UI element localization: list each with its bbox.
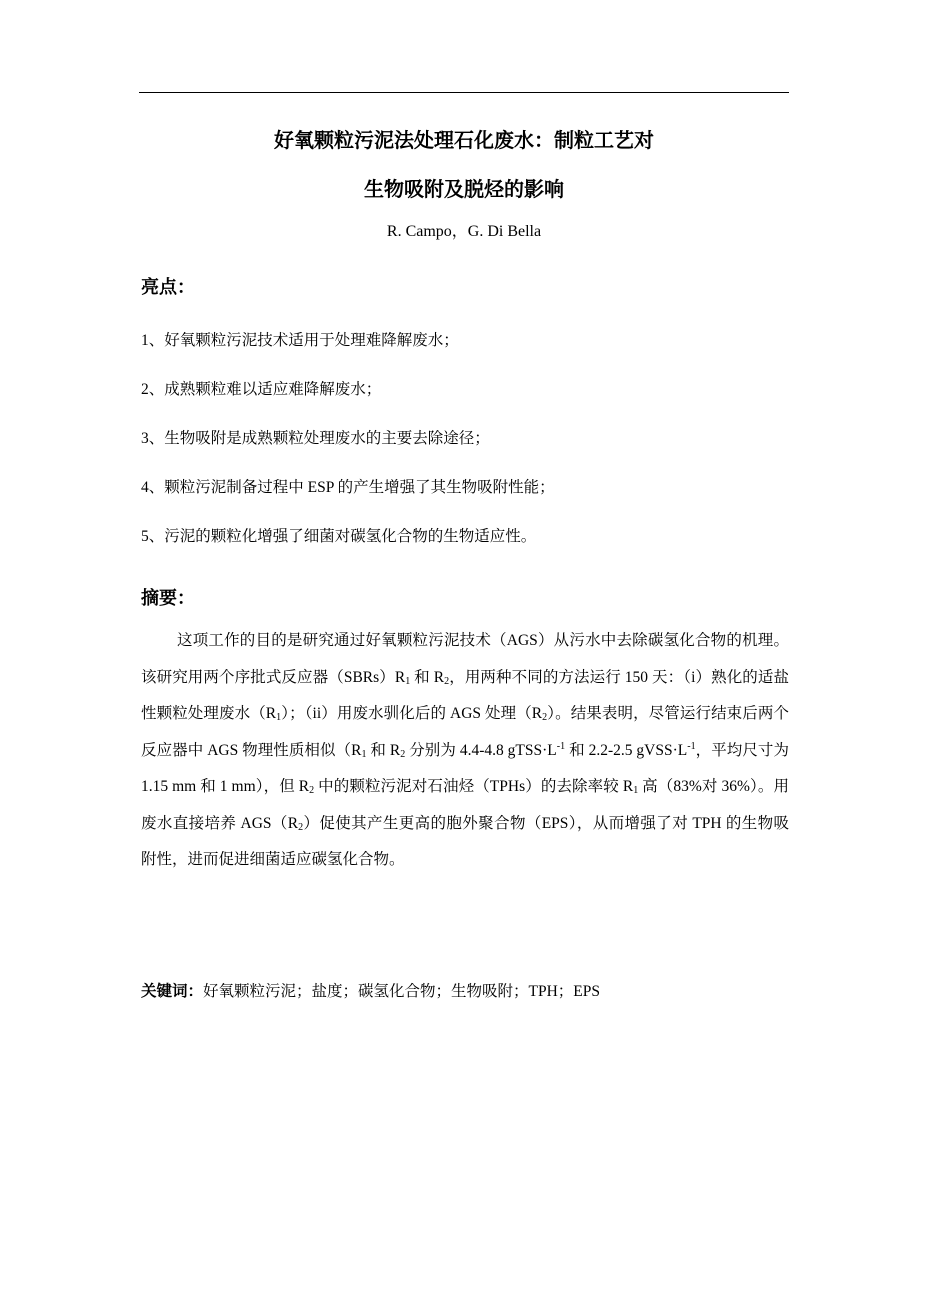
highlight-item: 1、好氧颗粒污泥技术适用于处理难降解废水； (141, 328, 459, 350)
keywords-text: 好氧颗粒污泥；盐度；碳氢化合物；生物吸附；TPH；EPS (203, 983, 600, 1000)
highlight-item: 5、污泥的颗粒化增强了细菌对碳氢化合物的生物适应性。 (141, 524, 536, 546)
authors: R. Campo，G. Di Bella (139, 218, 789, 241)
highlights-heading: 亮点： (141, 273, 195, 299)
paper-title-line-1: 好氧颗粒污泥法处理石化废水：制粒工艺对 (139, 124, 789, 153)
paper-title-line-2: 生物吸附及脱烃的影响 (139, 173, 789, 202)
keywords: 关键词：好氧颗粒污泥；盐度；碳氢化合物；生物吸附；TPH；EPS (141, 979, 600, 1001)
abstract-heading: 摘要： (141, 584, 195, 610)
highlight-item: 2、成熟颗粒难以适应难降解废水； (141, 377, 381, 399)
highlight-item: 3、生物吸附是成熟颗粒处理废水的主要去除途径； (141, 426, 490, 448)
header-rule (139, 92, 789, 93)
keywords-label: 关键词： (141, 982, 203, 1000)
abstract-body: 这项工作的目的是研究通过好氧颗粒污泥技术（AGS）从污水中去除碳氢化合物的机理。… (141, 623, 789, 879)
highlight-item: 4、颗粒污泥制备过程中 ESP 的产生增强了其生物吸附性能； (141, 475, 555, 497)
abstract-paragraph: 这项工作的目的是研究通过好氧颗粒污泥技术（AGS）从污水中去除碳氢化合物的机理。… (141, 623, 789, 879)
